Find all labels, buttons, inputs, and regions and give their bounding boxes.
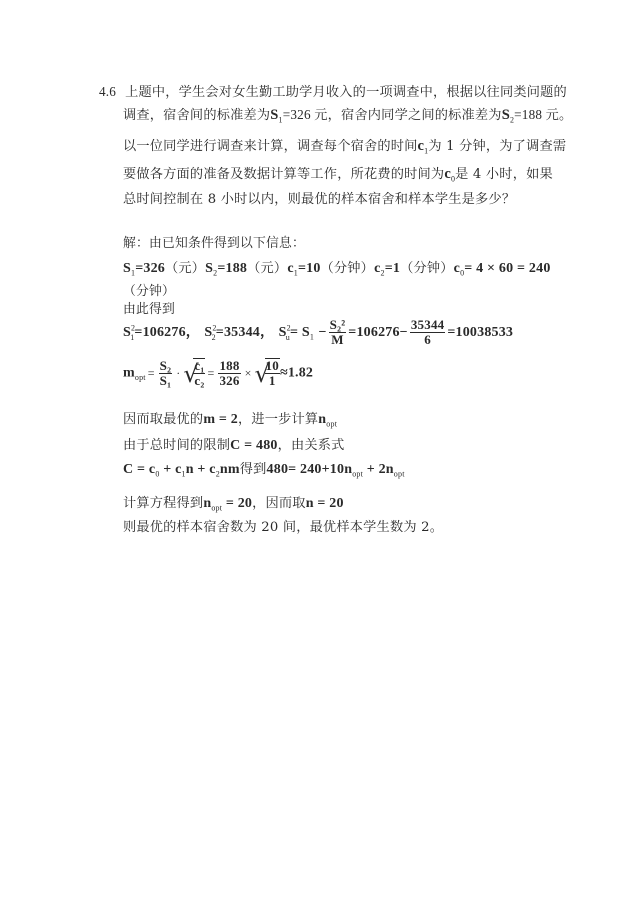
problem-line-1: 4.6上题中，学生会对女生勤工助学月收入的一项调查中，根据以往同类问题的 xyxy=(99,81,567,100)
solution-intro: 解：由已知条件得到以下信息： xyxy=(123,232,305,251)
problem-line-2: 调查，宿舍间的标准差为S1=326 元，宿舍内同学之间的标准差为S2=188 元… xyxy=(123,104,572,124)
variance-equation: S21=106276， S22=35344， S2u= S1 −S₂²M=106… xyxy=(123,318,513,347)
step-choose-m: 因而取最优的m = 2，进一步计算nopt xyxy=(123,408,337,428)
fraction-35344-over-6: 353446 xyxy=(410,318,446,347)
m-opt-equation: mopt=S₂S₁·c₁c₂=188326×101≈1.82 xyxy=(123,358,313,388)
conclusion: 则最优的样本宿舍数为 20 间，最优样本学生数为 2。 xyxy=(123,516,443,535)
step-cost-formula: C = c0 + c1n + c2nm得到480= 240+10nopt + 2… xyxy=(123,458,405,478)
step-solve: 计算方程得到nopt = 20，因而取n = 20 xyxy=(123,492,344,512)
sqrt-c1-over-c2: c₁c₂ xyxy=(184,358,205,388)
given-unit-continued: （分钟） xyxy=(123,280,175,299)
fraction-s2sq-over-m: S₂²M xyxy=(329,318,347,347)
sqrt-10-over-1: 101 xyxy=(256,358,280,388)
derive-label: 由此得到 xyxy=(123,298,175,317)
problem-line-5: 总时间控制在 8 小时以内，则最优的样本宿舍和样本学生是多少？ xyxy=(123,188,515,207)
problem-line-4: 要做各方面的准备及数据计算等工作，所花费的时间为c0是 4 小时，如果 xyxy=(123,163,553,183)
problem-line-3: 以一位同学进行调查来计算，调查每个宿舍的时间c1为 1 分钟，为了调查需 xyxy=(123,135,566,155)
step-time-limit: 由于总时间的限制C = 480，由关系式 xyxy=(123,434,345,454)
problem-number: 4.6 xyxy=(99,84,116,99)
fraction-188-over-326: 188326 xyxy=(218,359,240,388)
given-values: S1=326（元）S2=188（元）c1=10（分钟）c2=1（分钟）c0= 4… xyxy=(123,257,551,277)
fraction-s2-over-s1: S₂S₁ xyxy=(159,359,173,388)
